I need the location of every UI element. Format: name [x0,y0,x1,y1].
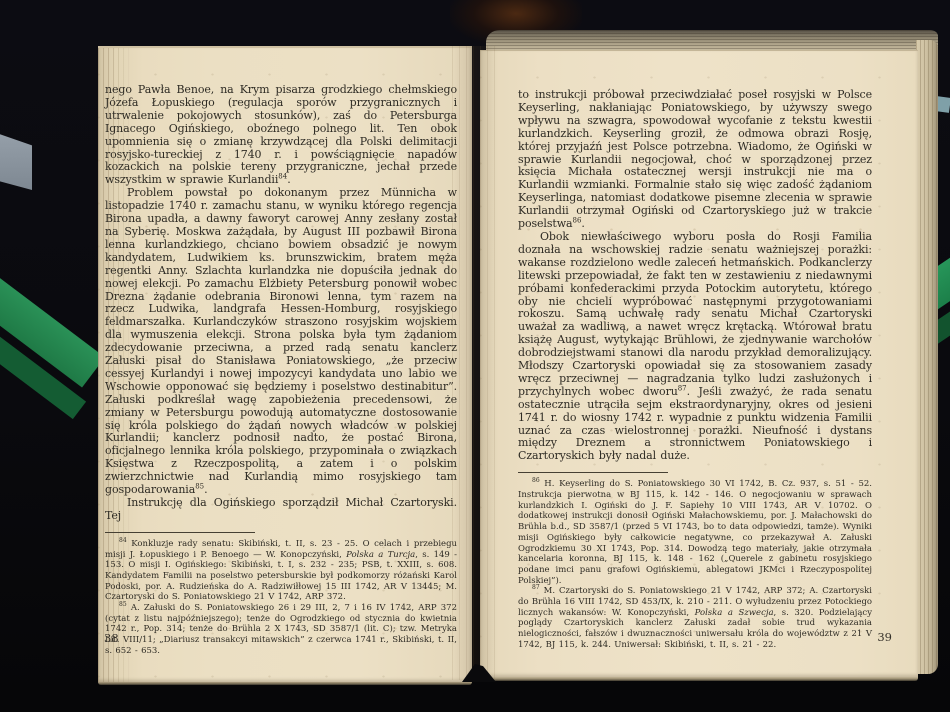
jacket-gray-shape [0,128,32,190]
footnote: 84 Konkluzje rady senatu: Skibiński, t. … [105,539,457,603]
left-page: nego Pawła Benoe, na Krym pisarza grodzk… [98,46,472,682]
footnote: 85 A. Załuski do S. Poniatowskiego 26 i … [105,603,457,657]
footnote-separator [518,472,668,473]
right-page: to instrukcji próbował przeciwdziałać po… [480,50,918,677]
page-number-left: 38 [104,631,119,645]
footnote: 87 M. Czartoryski do S. Poniatowskiego 2… [518,586,872,650]
paragraph: Problem powstał po dokonanym przez Münni… [105,187,457,497]
page-edges-right [916,40,938,674]
paragraph: to instrukcji próbował przeciwdziałać po… [518,89,872,231]
page-edges-top [486,30,938,51]
paragraph: Obok niewłaściwego wyboru posła do Rosji… [518,231,872,463]
left-page-footnotes: 84 Konkluzje rady senatu: Skibiński, t. … [105,539,457,657]
right-page-text: to instrukcji próbował przeciwdziałać po… [518,89,872,463]
right-page-footnotes: 86 H. Keyserling do S. Poniatowskiego 30… [518,479,872,650]
left-page-text: nego Pawła Benoe, na Krym pisarza grodzk… [105,84,457,523]
book-photo-scene: nego Pawła Benoe, na Krym pisarza grodzk… [0,0,950,712]
footnote-separator [105,532,255,533]
paragraph: Instrukcję dla Ogińskiego sporządził Mic… [105,497,457,523]
paragraph: nego Pawła Benoe, na Krym pisarza grodzk… [105,84,457,187]
footnote: 86 H. Keyserling do S. Poniatowskiego 30… [518,479,872,586]
page-number-right: 39 [877,630,892,644]
